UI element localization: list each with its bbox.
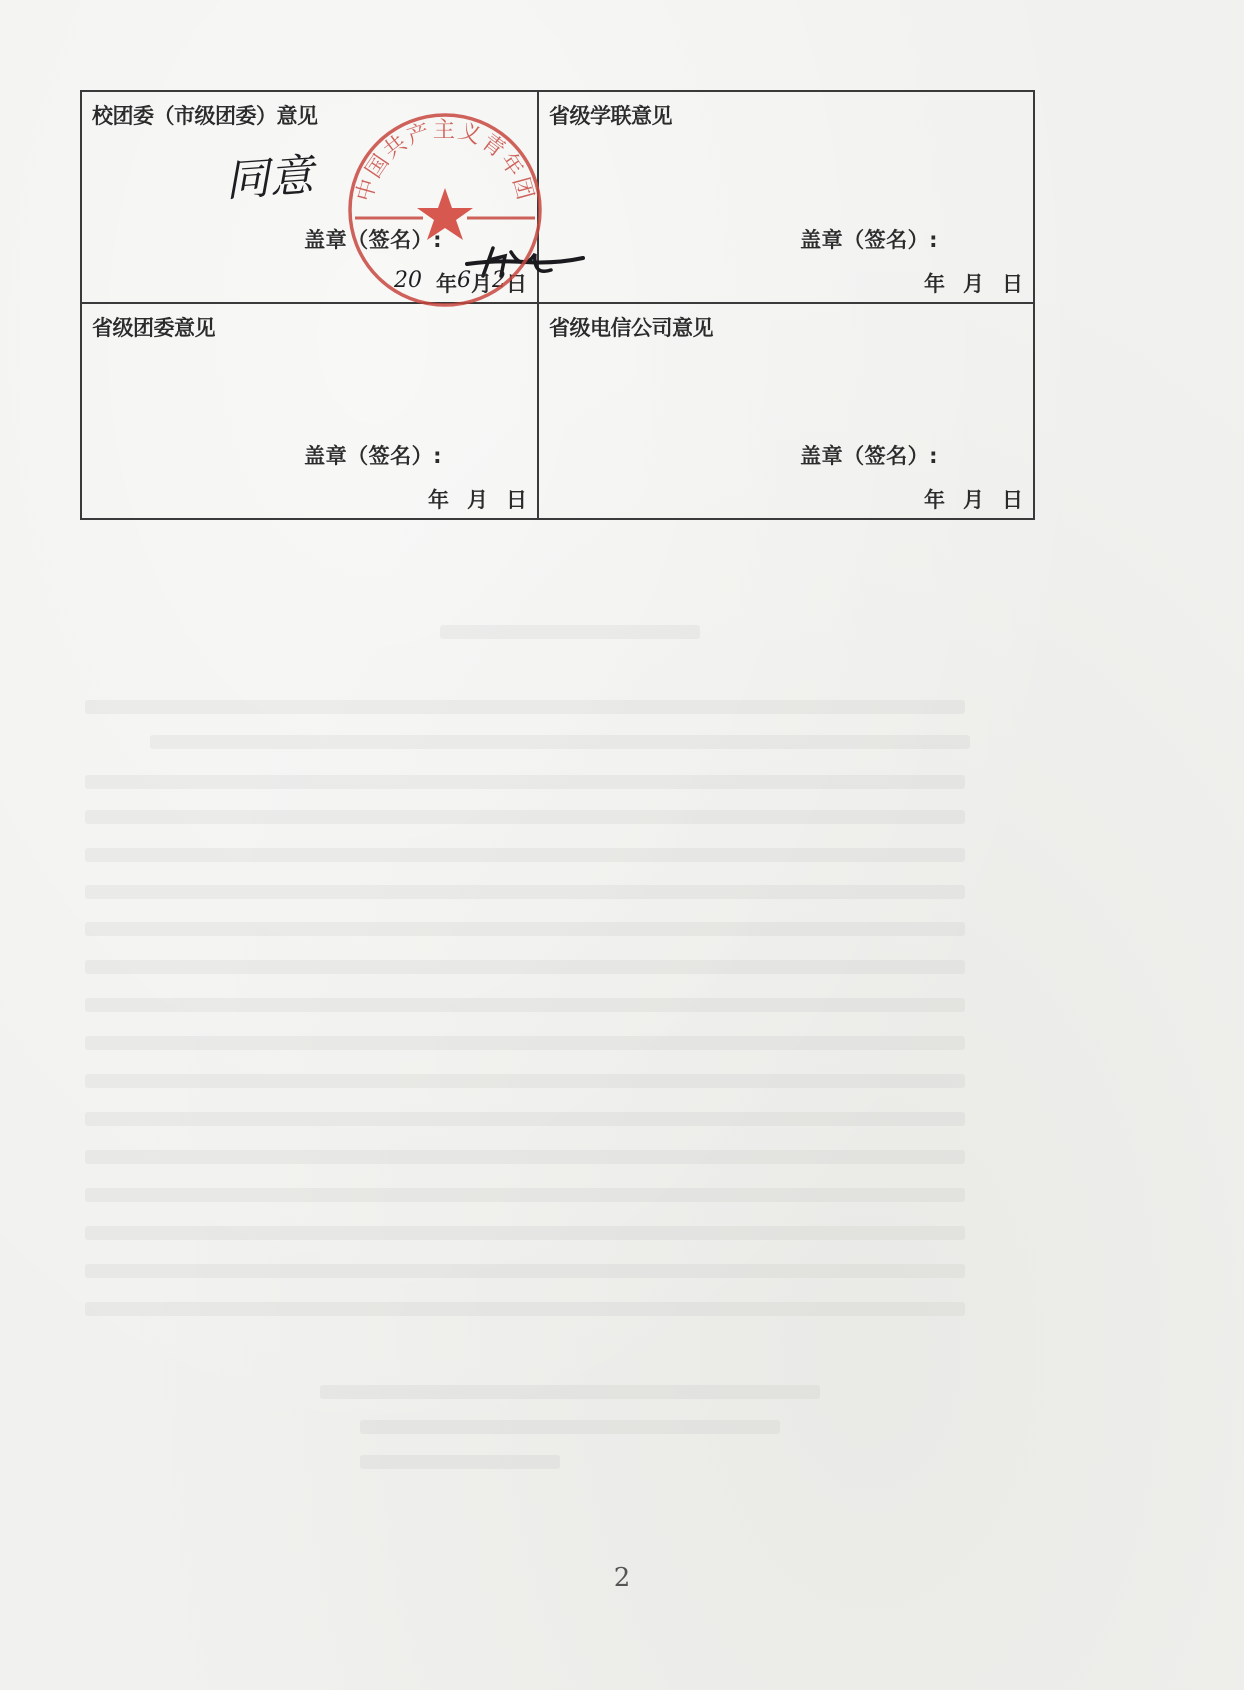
day-label: 日 [1002,268,1023,298]
year-label: 年 [436,268,457,298]
year-label: 年 [924,268,945,298]
handwritten-year: 20 [394,268,422,298]
cell-title: 省级电信公司意见 [549,312,713,342]
stamp-signature-label: 盖章（签名）: [304,440,442,470]
cell-title: 校团委（市级团委）意见 [92,100,318,130]
cell-title: 省级学联意见 [549,100,672,130]
date-row: 20 年 6 月 2 日 [394,268,527,298]
provincial-league-committee-cell: 省级团委意见 盖章（签名）: 年 月 日 [82,304,539,518]
page-number: 2 [0,1563,1244,1593]
school-league-committee-cell: 校团委（市级团委）意见 同意 盖章（签名）: 20 年 6 月 2 日 [82,92,539,304]
handwritten-day: 2 [492,268,506,298]
month-label: 月 [963,484,984,514]
month-label: 月 [963,268,984,298]
date-row: 年 月 日 [924,268,1023,298]
stamp-signature-label: 盖章（签名）: [304,224,442,254]
cell-title: 省级团委意见 [92,312,215,342]
handwritten-opinion: 同意 [223,139,315,209]
date-row: 年 月 日 [428,484,527,514]
stamp-signature-label: 盖章（签名）: [800,440,938,470]
day-label: 日 [506,484,527,514]
provincial-student-union-cell: 省级学联意见 盖章（签名）: 年 月 日 [539,92,1033,304]
year-label: 年 [924,484,945,514]
year-label: 年 [428,484,449,514]
month-label: 月 [471,268,492,298]
date-row: 年 月 日 [924,484,1023,514]
stamp-signature-label: 盖章（签名）: [800,224,938,254]
day-label: 日 [506,268,527,298]
day-label: 日 [1002,484,1023,514]
month-label: 月 [467,484,488,514]
approval-form-table: 校团委（市级团委）意见 同意 盖章（签名）: 20 年 6 月 2 日 省级学联… [80,90,1035,520]
provincial-telecom-company-cell: 省级电信公司意见 盖章（签名）: 年 月 日 [539,304,1033,518]
handwritten-month: 6 [457,268,471,298]
